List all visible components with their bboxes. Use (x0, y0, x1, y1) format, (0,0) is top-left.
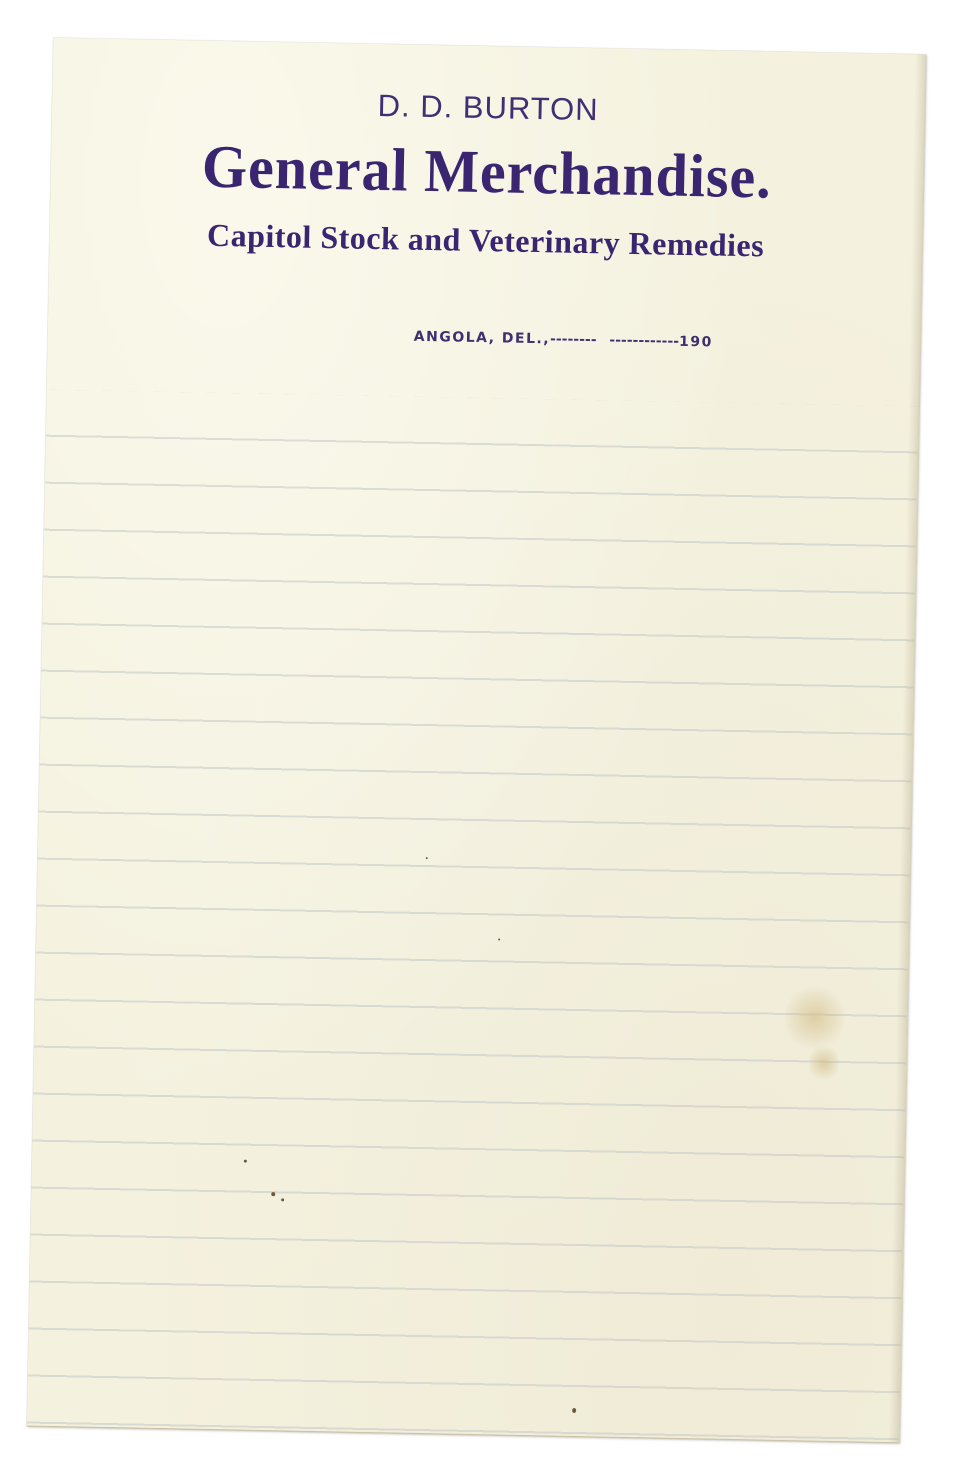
date-blank-month: ------------ (609, 332, 679, 349)
date-blank-day: -------- (550, 331, 597, 348)
dateline-place: ANGOLA, DEL., (414, 329, 551, 348)
business-tagline: Capitol Stock and Veterinary Remedies (49, 214, 922, 268)
letter-sheet: D. D. BURTON General Merchandise. Capito… (27, 38, 927, 1444)
paper-speck (498, 938, 500, 940)
paper-speck (244, 1160, 247, 1163)
ruled-lines (27, 390, 919, 1443)
paper-speck (281, 1198, 284, 1201)
dateline: ANGOLA, DEL.,-------- ------------190 (414, 329, 713, 351)
letterhead: D. D. BURTON General Merchandise. Capito… (53, 38, 925, 55)
paper-speck (426, 857, 428, 859)
dateline-year-prefix: 190 (679, 334, 713, 351)
paper-speck (271, 1192, 275, 1196)
business-name: General Merchandise. (50, 128, 923, 215)
proprietor-name: D. D. BURTON (52, 82, 925, 135)
